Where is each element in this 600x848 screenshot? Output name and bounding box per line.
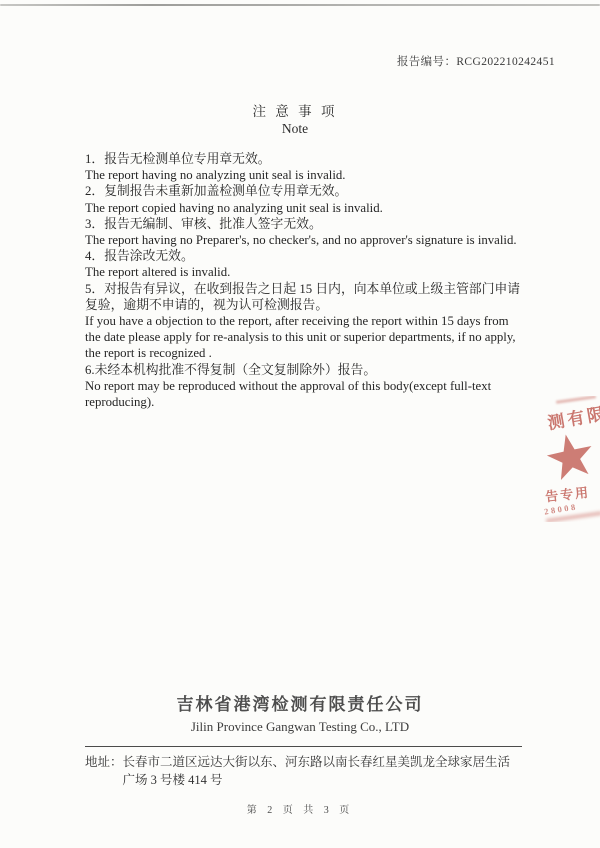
scan-page-top-edge — [0, 4, 600, 6]
address-lines: 长春市二道区远达大街以东、河东路以南长春红星美凯龙全球家居生活 广场 3 号楼 … — [123, 753, 511, 789]
note-item-zh: 5．对报告有异议，在收到报告之日起 15 日内，向本单位或上级主管部门申请复验，… — [85, 281, 525, 313]
seal-arc-text: 测有限 — [545, 399, 600, 434]
company-address: 地址： 长春市二道区远达大街以东、河东路以南长春红星美凯龙全球家居生活 广场 3… — [85, 753, 530, 789]
note-item-en: The report altered is invalid. — [85, 264, 525, 280]
note-item-zh: 2．复制报告未重新加盖检测单位专用章无效。 — [85, 183, 525, 199]
seal-mid-text: 告专用 — [544, 482, 591, 506]
note-item-en: The report copied having no analyzing un… — [85, 200, 525, 216]
official-seal-stamp: 测有限 告专用 28008 — [542, 396, 600, 522]
note-item-zh: 1．报告无检测单位专用章无效。 — [85, 151, 525, 167]
page-number: 第 2 页 共 3 页 — [0, 801, 600, 816]
note-item-en: No report may be reproduced without the … — [85, 378, 525, 410]
note-item-en: The report having no Preparer's, no chec… — [85, 232, 525, 248]
note-item-en: If you have a objection to the report, a… — [85, 313, 525, 362]
seal-ink-smudge — [546, 511, 600, 522]
address-line-2: 广场 3 号楼 414 号 — [123, 773, 223, 787]
company-name-en: Jilin Province Gangwan Testing Co., LTD — [0, 719, 600, 735]
address-line-1: 长春市二道区远达大街以东、河东路以南长春红星美凯龙全球家居生活 — [123, 755, 511, 769]
seal-serial-number: 28008 — [543, 501, 578, 516]
note-item-zh: 3．报告无编制、审核、批准人签字无效。 — [85, 216, 525, 232]
company-name-zh: 吉林省港湾检测有限责任公司 — [0, 690, 600, 715]
notes-body: 1．报告无检测单位专用章无效。 The report having no ana… — [85, 151, 525, 410]
note-item-en: The report having no analyzing unit seal… — [85, 167, 525, 183]
page-title-en: Note — [0, 121, 590, 137]
footer-divider — [85, 746, 522, 747]
seal-ink-smudge — [556, 396, 596, 404]
address-label: 地址： — [85, 753, 123, 789]
page-title-zh: 注 意 事 项 — [0, 100, 590, 120]
note-item-zh: 6.未经本机构批准不得复制（全文复制除外）报告。 — [85, 362, 525, 378]
note-item-zh: 4．报告涂改无效。 — [85, 248, 525, 264]
title-block: 注 意 事 项 Note — [0, 100, 590, 137]
seal-star-icon — [542, 428, 600, 491]
report-number: 报告编号：RCG202210242451 — [397, 53, 555, 69]
